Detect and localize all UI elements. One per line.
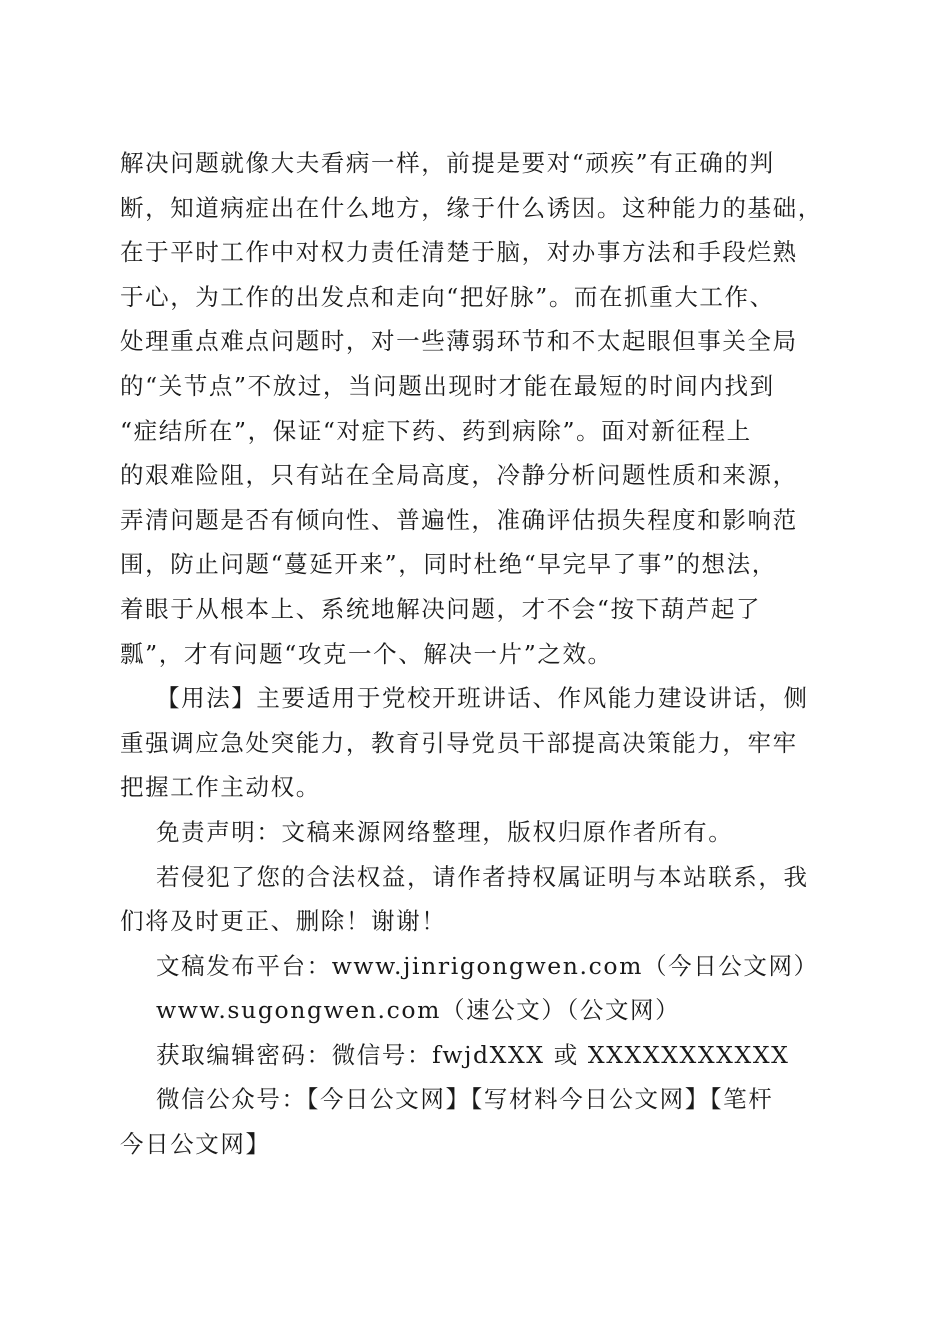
- text-line: 瓢”，才有问题“攻克一个、解决一片”之效。: [120, 632, 840, 677]
- disclaimer-paragraph: 免责声明：文稿来源网络整理，版权归原作者所有。: [120, 810, 840, 855]
- text-line: 把握工作主动权。: [120, 765, 840, 810]
- text-line: 重强调应急处突能力，教育引导党员干部提高决策能力，牢牢: [120, 721, 840, 766]
- text-line: www.sugongwen.com（速公文）（公文网）: [120, 988, 840, 1033]
- body-paragraph: 解决问题就像大夫看病一样，前提是要对“顽疾”有正确的判 断，知道病症出在什么地方…: [120, 141, 840, 676]
- text-line: 今日公文网】: [120, 1122, 840, 1167]
- text-line: 的艰难险阻，只有站在全局高度，冷静分析问题性质和来源，: [120, 453, 840, 498]
- text-line: 弄清问题是否有倾向性、普遍性，准确评估损失程度和影响范: [120, 498, 840, 543]
- text-line: 在于平时工作中对权力责任清楚于脑，对办事方法和手段烂熟: [120, 230, 840, 275]
- platform2-paragraph: www.sugongwen.com（速公文）（公文网）: [120, 988, 840, 1033]
- text-line: 获取编辑密码：微信号：fwjdXXX 或 XXXXXXXXXXX: [120, 1033, 840, 1078]
- text-line: 围，防止问题“蔓延开来”，同时杜绝“早完早了事”的想法，: [120, 542, 840, 587]
- text-line: 免责声明：文稿来源网络整理，版权归原作者所有。: [120, 810, 840, 855]
- infringement-paragraph: 若侵犯了您的合法权益，请作者持权属证明与本站联系，我 们将及时更正、删除！谢谢！: [120, 855, 840, 944]
- text-line: 若侵犯了您的合法权益，请作者持权属证明与本站联系，我: [120, 855, 840, 900]
- platform-paragraph: 文稿发布平台：www.jinrigongwen.com（今日公文网）: [120, 944, 840, 989]
- text-line: 们将及时更正、删除！谢谢！: [120, 899, 840, 944]
- text-line: 的“关节点”不放过，当问题出现时才能在最短的时间内找到: [120, 364, 840, 409]
- text-line: 【用法】主要适用于党校开班讲话、作风能力建设讲话，侧: [120, 676, 840, 721]
- text-line: 着眼于从根本上、系统地解决问题，才不会“按下葫芦起了: [120, 587, 840, 632]
- text-line: “症结所在”，保证“对症下药、药到病除”。面对新征程上: [120, 409, 840, 454]
- text-line: 文稿发布平台：www.jinrigongwen.com（今日公文网）: [120, 944, 840, 989]
- text-line: 微信公众号：【今日公文网】【写材料今日公文网】【笔杆: [120, 1077, 840, 1122]
- usage-paragraph: 【用法】主要适用于党校开班讲话、作风能力建设讲话，侧 重强调应急处突能力，教育引…: [120, 676, 840, 810]
- text-line: 解决问题就像大夫看病一样，前提是要对“顽疾”有正确的判: [120, 141, 840, 186]
- text-line: 于心，为工作的出发点和走向“把好脉”。而在抓重大工作、: [120, 275, 840, 320]
- text-line: 处理重点难点问题时，对一些薄弱环节和不太起眼但事关全局: [120, 319, 840, 364]
- document-page: 解决问题就像大夫看病一样，前提是要对“顽疾”有正确的判 断，知道病症出在什么地方…: [120, 141, 840, 1167]
- text-line: 断，知道病症出在什么地方，缘于什么诱因。这种能力的基础，: [120, 186, 840, 231]
- wechat-paragraph: 微信公众号：【今日公文网】【写材料今日公文网】【笔杆 今日公文网】: [120, 1077, 840, 1166]
- password-paragraph: 获取编辑密码：微信号：fwjdXXX 或 XXXXXXXXXXX: [120, 1033, 840, 1078]
